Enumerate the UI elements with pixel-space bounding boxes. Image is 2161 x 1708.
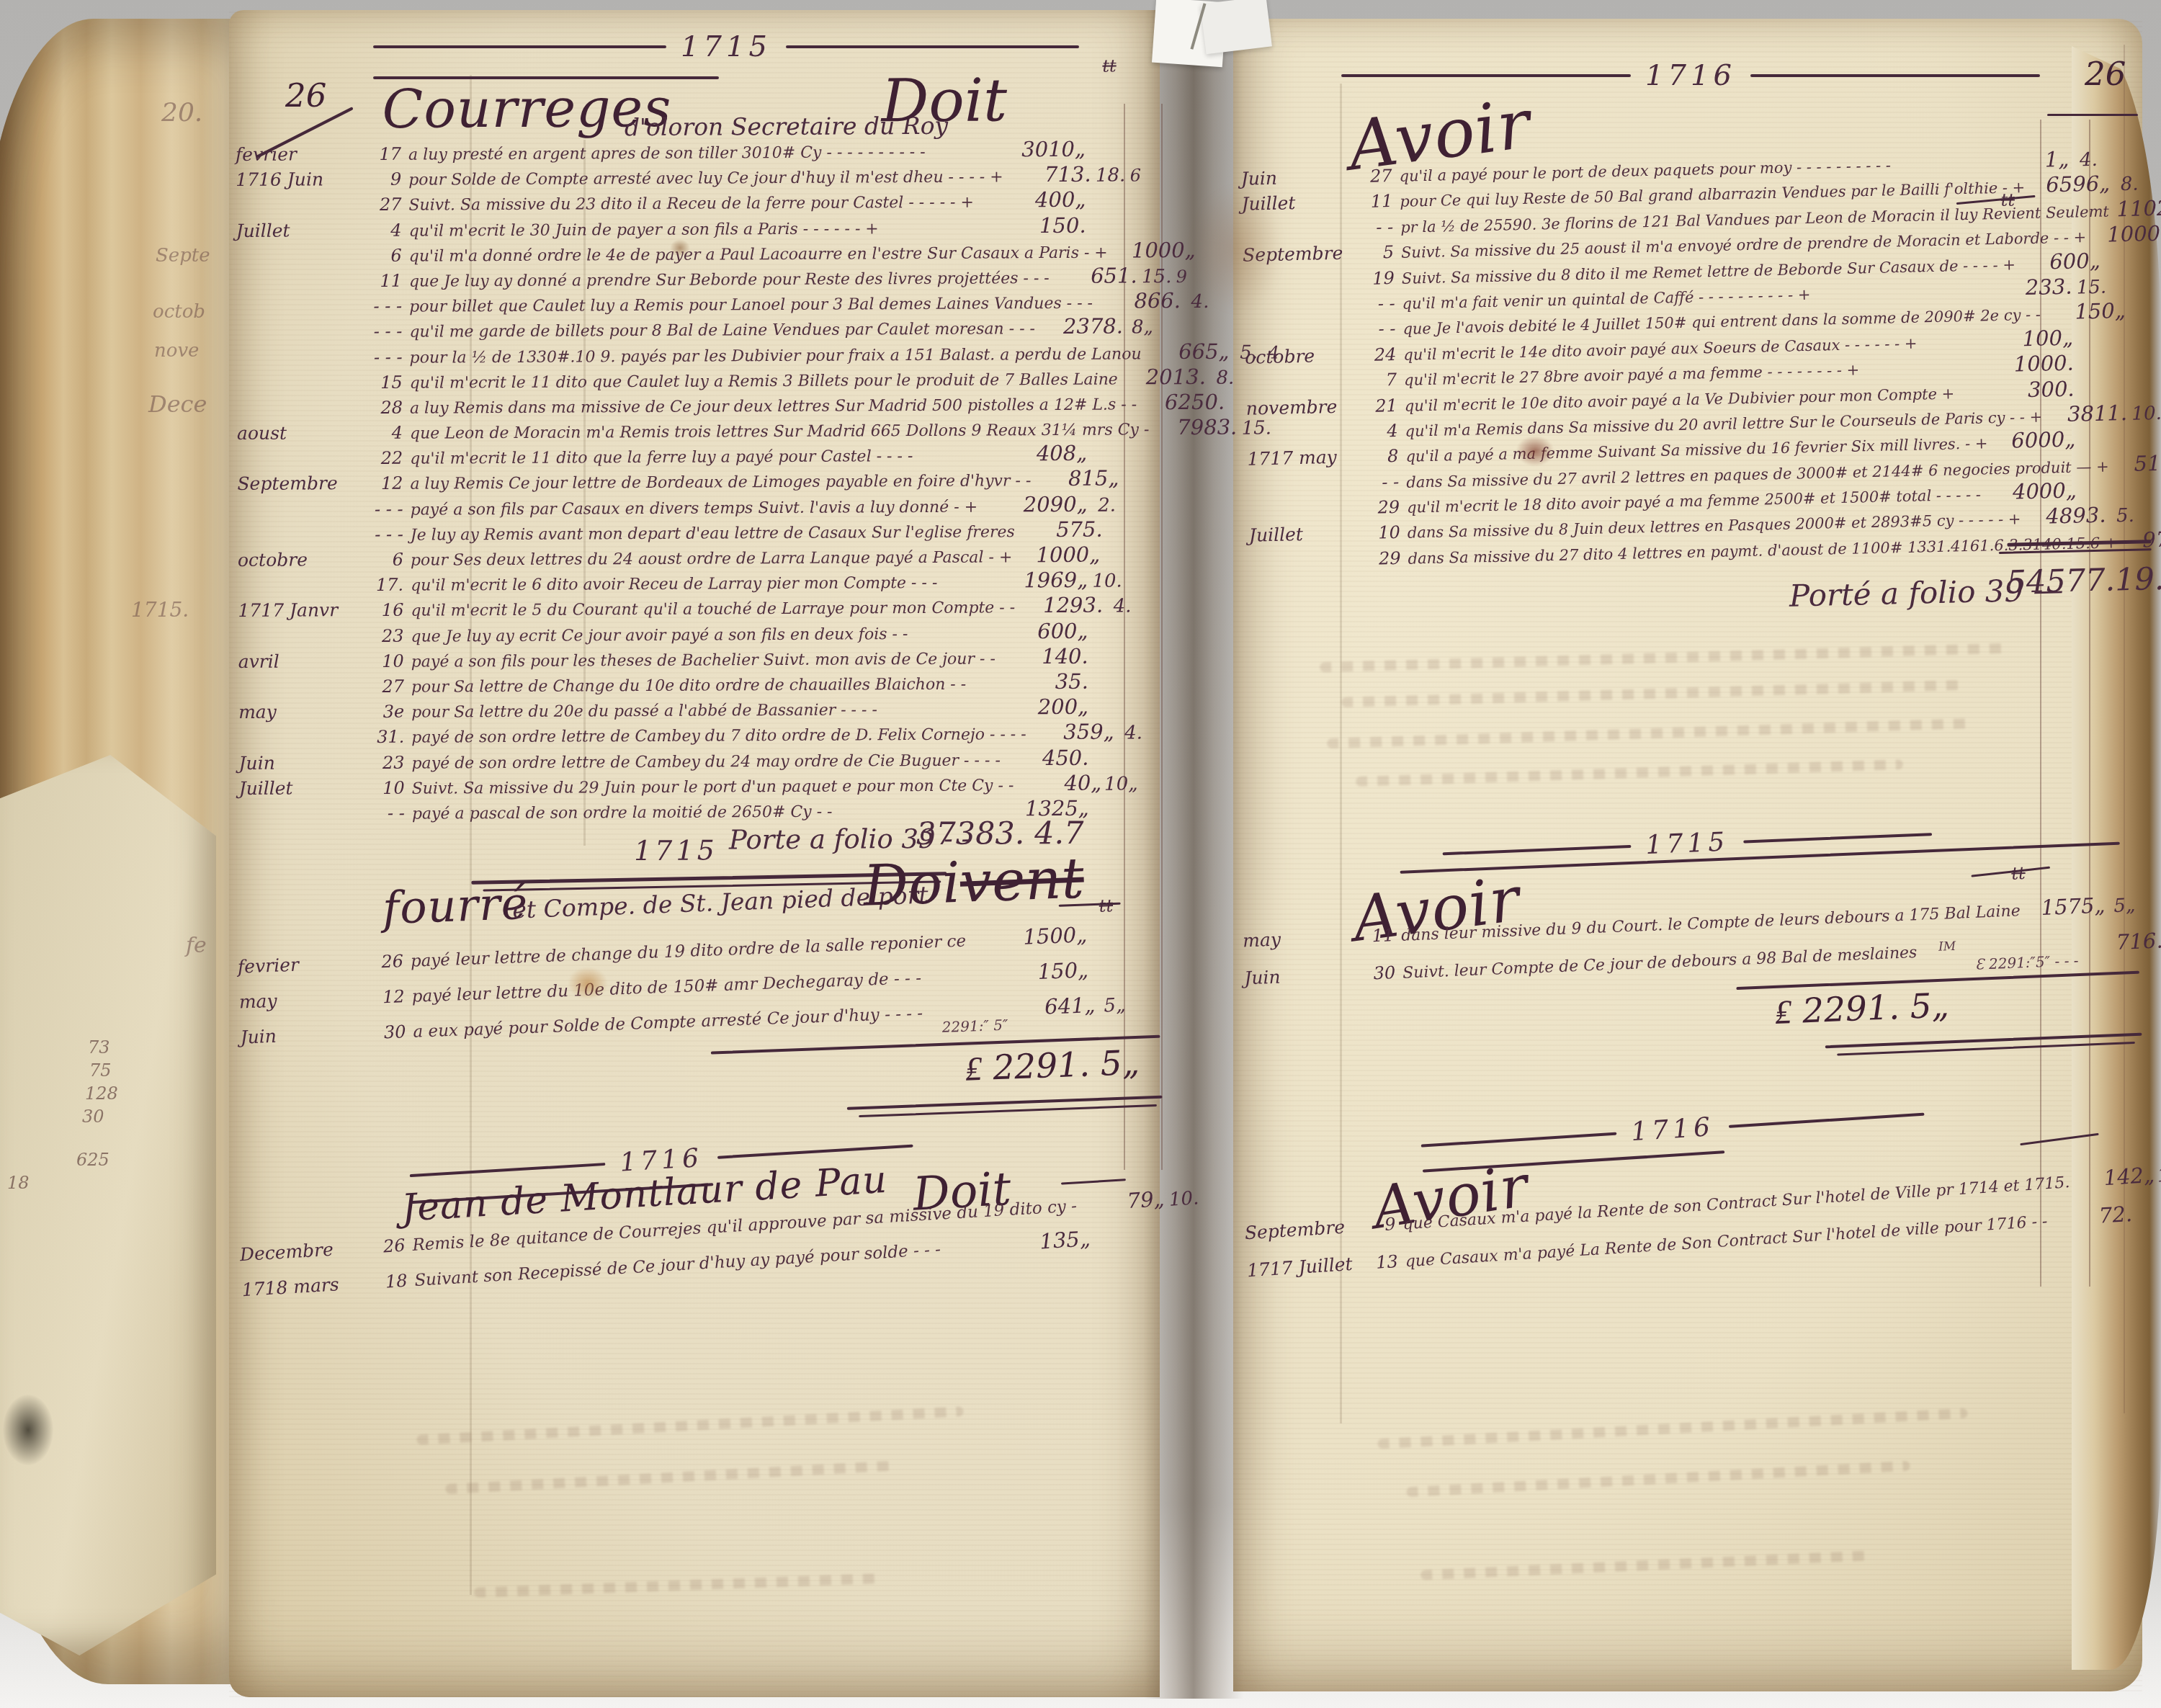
entry-livres: 140. [1001,644,1088,669]
entry-day: 7 [1355,370,1405,391]
entry-livres: 150„ [2040,298,2126,325]
entry-sous [1088,940,1127,942]
ledger-photo: 73 75 128 30 625 18 20. Septe octob nove… [0,0,2161,1708]
entry-livres: 79„ [1076,1186,1165,1216]
entry-day: - - - [360,296,409,316]
entry-sous [2077,496,2116,497]
right-page-number: 26 [2085,55,2126,93]
section-total: ₤ 2291. 5„ [1774,985,1950,1032]
ink-bleedthrough [474,1573,877,1598]
entry-livres: 150„ [1000,957,1088,985]
entry-livres: 600„ [1000,618,1088,643]
entry-month [1248,514,1358,516]
year-label: 1716 [1645,59,1736,92]
header-rule [717,1144,913,1158]
entry-day: 12 [361,473,410,493]
left-page-number: 26 [285,76,326,115]
entry-livres: 100„ [1988,325,2074,352]
livre-symbol: tt [2011,863,2026,884]
entry-month: avril [238,650,362,672]
ghost-month-label: nove [154,340,199,362]
entry-sous [1091,1243,1129,1246]
entry-livres: 450. [1001,745,1088,770]
entry-livres: 1000„ [1012,542,1100,568]
entry-day: 5 [1352,242,1402,264]
entry-day: 13 [1356,1251,1406,1274]
entry-month [238,642,362,643]
entry-livres: 1„ [1984,147,2070,174]
entry-day: 18 [365,1270,416,1293]
entry-month: fevrier [236,143,359,165]
entry-sous: 4. [2069,148,2108,171]
entry-livres: 35. [1001,669,1088,694]
entry-day: 17. [362,575,411,595]
old-page-number: 128 [85,1083,118,1104]
entry-month: 1716 Juin [236,169,359,190]
entry-day: 15 [361,372,410,392]
entry-sous: 5. [2106,505,2145,527]
ghost-month-label: fe [186,933,207,958]
entry-day: - - - [360,321,409,341]
entry-day: 24 [1354,344,1404,365]
entry-month: 1717 may [1247,447,1357,470]
entry-day: 28 [361,398,410,418]
entry-month: Septembre [1244,1216,1355,1243]
entry-text: qu'il m'ecrit le 30 Juin de payer a son … [409,219,998,240]
ink-bleedthrough [1377,1408,1968,1449]
entry-text: pour la ½ de 1330#.10 9. payés par les D… [409,345,1141,367]
total-rule [1825,1033,2142,1049]
entry-day: 23 [362,625,411,645]
entry-livres: 1000„ [2086,221,2161,248]
entry-day: 6 [362,550,411,570]
entry-month: Juin [238,752,362,774]
entry-month [236,210,359,211]
entry-livres: 6596„ [2025,171,2111,198]
entry-deniers: 9 [1176,267,1207,287]
entry-livres: 641„ [1007,993,1096,1020]
entry-day: 4 [361,423,410,443]
entry-day: 31. [362,727,411,747]
header-rule [410,1162,606,1176]
entry-sous [2075,395,2113,395]
entry-sous: 10. [2127,403,2161,425]
entry-livres: 1000„ [1108,238,1196,263]
entry-sous: 4. [1103,596,1142,617]
entry-livres: 5150. [2108,450,2161,477]
entry-month: may [238,701,362,723]
entry-text: qu'il m'a donné ordre le 4e de payer a P… [409,243,1108,265]
entry-sous: 5„ [2105,894,2144,917]
year-header: 1716 [1341,59,2040,92]
entry-month: 1717 Juillet [1246,1253,1357,1281]
entry-text: qu'il m'ecrit le 5 du Courant qu'il a to… [411,599,1015,620]
entry-month [237,413,361,414]
entry-livres: 72. [2046,1202,2133,1231]
year-label: 1716 [1630,1112,1715,1147]
entry-livres: 651. [1050,263,1137,288]
entry-day: 8 [1356,446,1406,468]
entry-month [1245,336,1354,338]
entry-livres: 2013. [1118,365,1206,390]
entry-sous: 10„ [1101,773,1140,795]
ink-bleedthrough [1327,718,1975,748]
entry-day: 30 [1354,962,1403,985]
entry-livres: 150. [998,213,1086,238]
entry-sous: 5„ [1095,994,1135,1017]
entry-day: 6 [360,245,409,265]
entry-month: Juin [1244,963,1354,988]
entry-month: fevrier [238,952,362,977]
entry-livres: 1575„ [2020,893,2106,921]
entry-sous: 10. [1164,1187,1204,1211]
entry-livres: 233. [1987,274,2072,301]
entry-month [238,540,362,541]
entry-livres: 1969„ [1000,568,1088,593]
entry-text: qu'il m'ecrit le 6 dito avoir Receu de L… [411,574,1000,595]
entry-day: 11 [360,271,409,291]
livre-symbol: tt [1099,895,1113,916]
entry-sous: 15. [1137,266,1176,287]
entry-month: octobre [238,549,362,571]
avoir-section-1715: 1715 Avoir tt may11dans leur missive du … [1233,810,2142,847]
header-rule [373,45,666,48]
entry-livres: 4893. [2021,503,2106,529]
entry-month: Septembre [1243,242,1353,265]
entry-day: - - [1351,217,1401,238]
old-page-number: 30 [82,1106,104,1127]
entry-livres: 40„ [1014,770,1101,795]
entry-day: 23 [362,752,411,772]
doit-label: Doit [881,66,1007,135]
entry-day: 30 [364,1021,413,1043]
entry-month: novembre [1246,395,1356,419]
header-rule [1729,1112,1925,1127]
old-page-number: 18 [7,1173,30,1193]
ghost-year-label: 1715. [131,598,189,622]
entry-day: 9 [1354,1213,1404,1236]
entry-deniers [2108,165,2139,166]
entry-sous [2100,267,2139,267]
entry-livres: 3811. [2042,401,2128,427]
entry-text: payé de son ordre lettre de Cambey du 7 … [411,726,1026,747]
entry-month [236,312,360,313]
carry-forward-value: 54577.19. [2006,561,2161,601]
entry-livres: 1293. [1015,593,1103,618]
entry-text: pour Ses deux lettres du 24 aoust ordre … [411,548,1012,569]
entry-deniers [2114,445,2144,446]
entry-month: Septembre [237,473,361,494]
entry-month: may [238,987,363,1012]
entry-deniers [1129,1242,1160,1243]
entry-month [237,363,361,364]
entry-day: 10 [363,777,412,797]
entry-day: - - [363,803,412,823]
entry-month: Juillet [239,777,363,799]
entry-month [1245,386,1355,388]
entry-month: aoust [237,422,361,444]
header-rule [1421,1132,1617,1147]
entry-sous: 18. [1091,165,1130,187]
entry-day: 26 [361,951,411,973]
header-rule [1743,833,1932,844]
entry-month: Decembre [239,1237,364,1265]
entry-text: pour Sa lettre du 20e du passé a l'abbé … [411,701,1001,722]
old-page-number: 73 [88,1037,110,1058]
protruding-old-page: 73 75 128 30 625 18 [0,755,216,1655]
ink-bleedthrough [445,1461,892,1494]
entry-sous: 10„ [2154,1163,2161,1186]
entry-text: a luy Remis dans ma missive de Ce jour d… [410,395,1137,417]
entry-day: - - - [360,346,409,367]
entry-livres: 716. [2077,928,2161,956]
entry-month [236,287,360,287]
year-label: 1715 [681,30,771,63]
entry-livres: 3010„ [998,137,1086,162]
entry-day: 12 [362,986,412,1008]
entry-livres: 400„ [998,187,1086,213]
entry-day: 27 [362,676,411,697]
entry-livres: 135„ [1002,1226,1091,1256]
entry-livres: 300. [1989,376,2075,403]
entry-sous: 4. [1114,723,1153,744]
entry-day: 4 [1356,421,1405,442]
header-rule [1443,844,1632,855]
entry-sous [2074,370,2113,370]
entry-month: 1717 Janvr [238,599,362,621]
entry-text: qu'il me garde de billets pour 8 Bal de … [409,320,1035,341]
ink-bleedthrough [416,1406,964,1445]
entry-livres: 665„ [1142,339,1230,364]
entry-day: 9 [359,169,408,189]
header-rule [1341,74,1631,77]
ledger-rows: Juin27qu'il a payé pour le port de deux … [1240,146,2147,573]
ink-bleedthrough [1406,1461,1910,1498]
header-rule [786,45,1079,48]
entry-deniers [2111,292,2142,292]
entry-note-mark: IM [1938,939,1956,954]
entry-month [238,692,362,693]
entry-livres: 600„ [2015,248,2100,274]
entry-month [239,819,363,820]
entry-livres: 359„ [1026,720,1114,745]
entry-day: 29 [1359,548,1408,570]
entry-subtotal-note: 2291:″ 5″ [941,1016,1008,1036]
ink-bleedthrough [1341,680,1961,707]
entry-livres: 866. [1093,288,1181,313]
entry-livres: 11028„ [2108,195,2161,222]
entry-month [236,337,360,338]
ink-blot-stain [3,1395,53,1465]
entry-day: 11 [1351,191,1400,213]
entry-text: a luy Remis Ce jour lettre de Bordeaux d… [410,473,1031,494]
entry-sous: 8. [2110,174,2149,196]
corner-rule [2047,114,2138,116]
entry-day: 26 [363,1235,413,1258]
ghost-page-number: 20. [161,98,202,128]
ghost-month-label: Septe [156,245,210,267]
ghost-month-label: Dece [148,390,207,418]
entry-day: - - [1357,471,1407,493]
entry-text: payé a pascal de son ordre la moitié de … [412,802,1001,823]
entry-month: 1718 mars [241,1272,366,1300]
entry-deniers [2112,343,2142,344]
right-page-content: 26 1716 Avoir tt Juin27qu'il a payé pour… [1233,19,2142,1691]
entry-text: pour Sa lettre de Change du 10e dito ord… [411,675,1001,696]
entry-text: Suivt. Sa missive du 29 Juin pour le por… [412,777,1014,797]
entry-day: 21 [1356,395,1405,416]
entry-text: que Leon de Moracin m'a Remis trois lett… [410,421,1149,442]
header-rule [1750,74,2040,77]
entry-deniers [2113,394,2144,395]
account-title: fourré [382,877,529,934]
entry-month [238,743,362,743]
entry-sous [1088,975,1127,977]
entry-month: Juillet [1241,192,1351,215]
ink-bleedthrough [1420,1550,1867,1580]
entry-month [236,261,360,262]
ink-bleedthrough [1356,759,1903,787]
entry-livres: 142„ [2069,1163,2155,1192]
entry-livres: 6000„ [1990,427,2076,454]
entry-month [1243,285,1353,287]
entry-month: Juillet [1249,523,1359,546]
entry-text: payé a son fils par Casaux en divers tem… [411,498,1000,519]
entry-livres: 4000„ [1991,478,2077,505]
entry-sous: 10. [1088,571,1127,592]
entry-subtotal-note: Ɛ 2291:″5″ - - - [1975,952,2079,973]
entry-livres: 1000. [1988,351,2074,377]
entry-day: - - [1353,293,1402,315]
entry-day: 17 [359,144,408,164]
entry-livres: 200„ [1001,694,1088,720]
entry-livres: 575. [1015,517,1103,542]
entry-month [1242,233,1351,236]
entry-month [238,515,362,516]
entry-deniers [1127,939,1157,941]
entry-day: 10 [362,650,411,671]
amount-header-rule [2020,1133,2098,1146]
entry-text: pour billet que Caulet luy a Remis pour … [409,295,1093,316]
entry-sous: 2. [1088,494,1127,516]
year-header: 1716 [1420,1099,1925,1161]
footer-year: 1715 [634,834,718,867]
entry-sous: 8„ [1123,317,1162,339]
entry-deniers [2113,369,2143,370]
ghost-month-label: octob [153,301,205,323]
entry-day: 19 [1353,267,1402,289]
entry-day: 3e [362,702,411,722]
account-section-montlaur: 1716 Jean de Montlaur de Pau Doit Decemb… [229,1116,1158,1171]
entry-text: a luy presté en argent apres de son till… [408,143,998,164]
entry-text: payé a son fils pour les theses de Bache… [411,650,1001,671]
entry-month [1247,437,1356,439]
entry-month [237,388,361,389]
entry-deniers: 6 [1130,165,1160,185]
entry-text: Suivt. Sa missive du 23 dito il a Receu … [408,194,998,215]
entry-month [1244,310,1354,312]
amount-header-rule [1061,1179,1126,1184]
account-section-courreges: Courreges d'oloron Secretaire du Roy Doi… [229,5,1160,10]
entry-livres: 2378. [1035,314,1123,339]
entry-text: que Je luy ay ecrit Ce jour avoir payé a… [411,625,1000,645]
amount-rule-line [1161,104,1163,1170]
entry-day: 16 [362,600,411,620]
entry-day: 29 [1358,497,1408,519]
entry-text: qu'il m'ecrit le 11 dito que la ferre lu… [410,447,999,468]
entry-livres: 6250. [1137,390,1225,415]
section-total: ₤ 2291. 5„ [965,1043,1140,1089]
entry-livres: 408„ [999,441,1087,466]
entry-sous [2075,446,2114,447]
entry-day: - - - [362,524,411,545]
entry-day: 22 [361,448,410,468]
entry-text: payé de son ordre lettre de Cambey du 24… [411,751,1001,772]
entry-month: may [1243,926,1353,951]
entry-livres: 1500„ [999,922,1088,949]
entry-sous [2073,344,2112,344]
avoir-section-1716-rentes: 1716 Avoir Septembre9que Casaux m'a payé… [1233,1086,2141,1143]
doivent-label: Doivent [862,846,1085,919]
entry-month [237,464,361,465]
entry-day: 11 [1352,925,1402,947]
entry-livres: 2090„ [1000,491,1088,517]
entry-month [238,591,362,591]
entry-month: octobre [1245,344,1355,367]
old-page-number: 625 [76,1150,109,1170]
old-page-number: 75 [89,1060,112,1081]
entry-deniers [1127,975,1158,976]
ledger-rows: fevrier26payé leur lettre de change du 1… [237,920,1160,1060]
entry-month [1250,565,1359,567]
entry-sous: 4. [1181,291,1220,313]
entry-deniers [2116,496,2146,496]
entry-day: - - - [362,498,411,519]
entry-sous: 15. [2072,276,2111,298]
left-page-content: 26 1715 Courreges d'oloron Secretaire du… [229,10,1160,1697]
year-header: 1715 [373,30,1079,63]
livre-symbol: tt [1102,56,1116,76]
entry-month: Juin [240,1022,364,1047]
entry-day: - - [1354,318,1403,340]
entry-day: 4 [360,220,409,240]
ledger-rows: fevrier17a luy presté en argent apres de… [236,136,1158,826]
entry-text: que Je luy ay donné a prendre Sur Bebord… [409,269,1050,291]
year-label: 1715 [1645,827,1730,860]
entry-text: qu'il m'ecrit le 11 dito que Caulet luy … [410,370,1118,392]
entry-day: 10 [1359,522,1408,544]
entry-text: pour Solde de Compte arresté avec luy Ce… [408,169,1003,189]
entry-month [1248,488,1358,491]
entry-livres: 713. [1003,162,1091,187]
entry-month: Juillet [236,220,360,241]
entry-day: 27 [1350,166,1400,187]
entry-livres: 7983. [1149,415,1237,440]
entry-livres: 815„ [1031,466,1119,491]
ink-bleedthrough [1320,643,2011,673]
entry-month: Juin [1240,166,1351,189]
entry-text: Je luy ay Remis avant mon depart d'eau l… [411,523,1015,544]
entry-day: 27 [359,195,408,215]
